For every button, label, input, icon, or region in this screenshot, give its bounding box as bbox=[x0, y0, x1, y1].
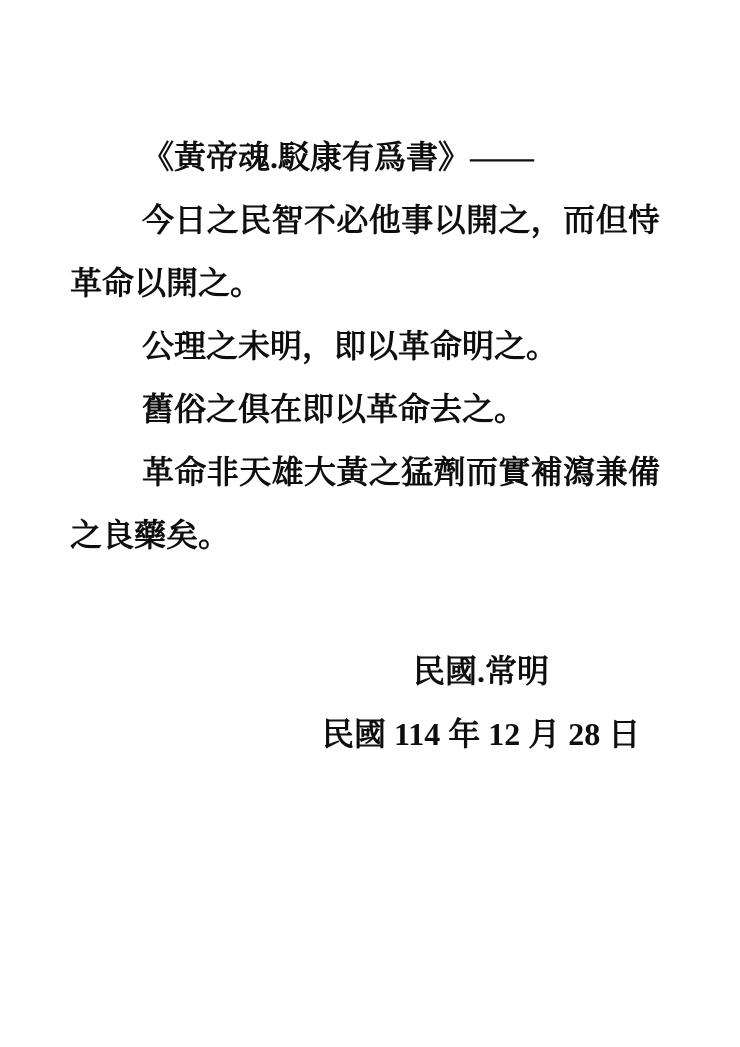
paragraph-2-line-1: 公理之未明，即以革命明之。 bbox=[70, 315, 660, 378]
document-page: 《黃帝魂.駁康有爲書》—— 今日之民智不必他事以開之，而但恃 革命以開之。 公理… bbox=[0, 0, 740, 1047]
blank-line bbox=[70, 567, 660, 630]
document-text-block: 《黃帝魂.駁康有爲書》—— 今日之民智不必他事以開之，而但恃 革命以開之。 公理… bbox=[70, 126, 660, 766]
document-title: 《黃帝魂.駁康有爲書》—— bbox=[70, 126, 660, 189]
paragraph-1-line-1: 今日之民智不必他事以開之，而但恃 bbox=[70, 189, 660, 252]
paragraph-1-line-2: 革命以開之。 bbox=[70, 252, 660, 315]
paragraph-4-line-1: 革命非天雄大黃之猛劑而實補瀉兼備 bbox=[70, 441, 660, 504]
paragraph-4-line-2: 之良藥矣。 bbox=[70, 504, 660, 567]
paragraph-3-line-1: 舊俗之俱在即以革命去之。 bbox=[70, 378, 660, 441]
signature: 民國.常明 bbox=[70, 640, 660, 703]
date-line: 民國 114 年 12 月 28 日 bbox=[70, 703, 660, 766]
